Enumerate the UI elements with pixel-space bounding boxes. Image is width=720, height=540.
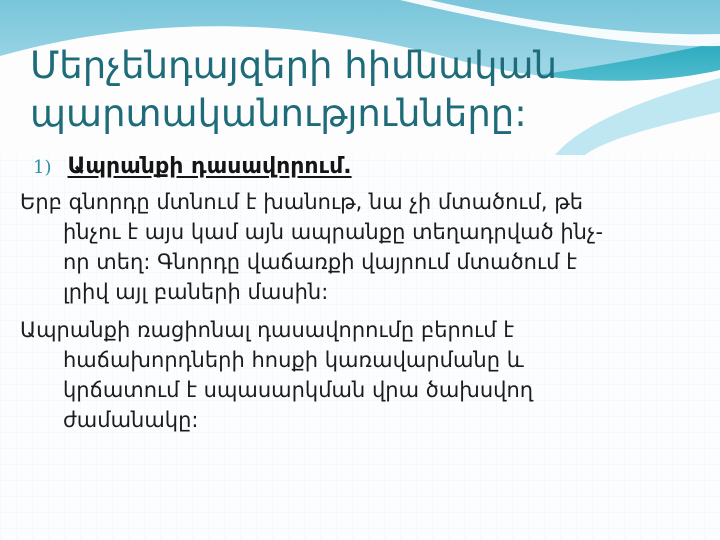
list-item-heading: Ապրանքի դասավորում.	[67, 154, 351, 179]
paragraph-1-line-2: ինչու է այս կամ այն ապրանքը տեղադրված ին…	[20, 217, 720, 247]
title-line-2: պարտականությունները:	[30, 90, 696, 138]
slide-title: Մերչենդայզերի հիմնական պարտականություննե…	[30, 42, 696, 138]
list-item-number: 1)	[33, 157, 51, 178]
paragraph-2-line-3: կրճատում է սպասարկման վրա ծախսվող	[20, 375, 720, 405]
presentation-slide: Մերչենդայզերի հիմնական պարտականություննե…	[0, 0, 720, 540]
paragraph-2-line-2: հաճախորդների հոսքի կառավարմանը և	[20, 345, 720, 375]
paragraph-1-line-1: Երբ գնորդը մտնում է խանութ, նա չի մտածու…	[20, 187, 720, 217]
slide-content: Մերչենդայզերի հիմնական պարտականություննե…	[0, 42, 720, 435]
paragraph-2-line-1: Ապրանքի ռացիոնալ դասավորումը բերում է	[20, 315, 720, 345]
paragraph-2: Ապրանքի ռացիոնալ դասավորումը բերում է հա…	[20, 315, 720, 435]
paragraph-1-line-4: լրիվ այլ բաների մասին:	[20, 277, 720, 307]
paragraph-1-line-3: որ տեղ: Գնորդը վաճառքի վայրում մտածում է	[20, 247, 720, 277]
title-line-1: Մերչենդայզերի հիմնական	[30, 42, 696, 90]
list-item-1: 1) Ապրանքի դասավորում.	[33, 154, 720, 179]
paragraph-2-line-4: ժամանակը:	[20, 405, 720, 435]
paragraph-1: Երբ գնորդը մտնում է խանութ, նա չի մտածու…	[20, 187, 720, 307]
